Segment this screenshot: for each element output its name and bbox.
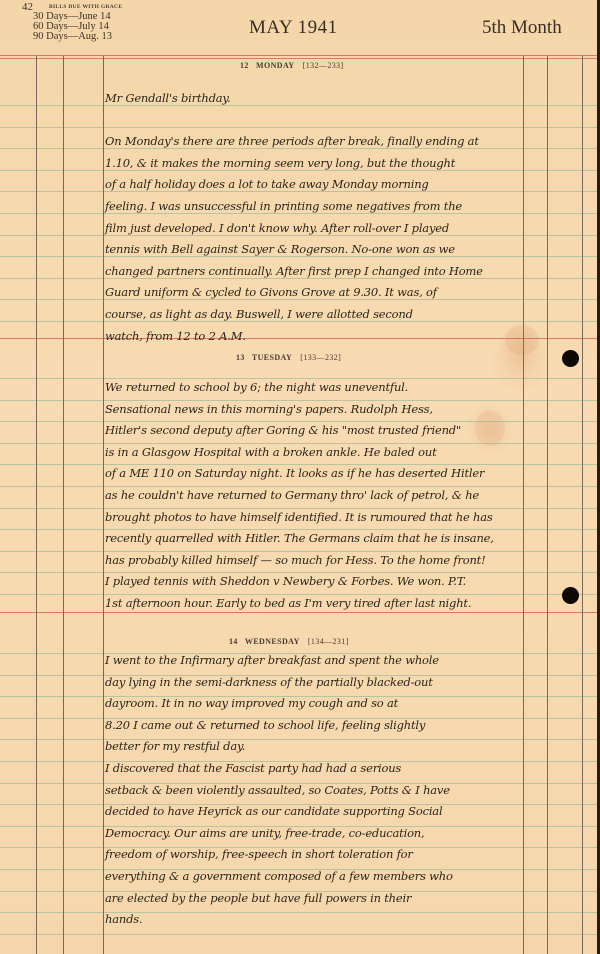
entry-line: brought photos to have himself identifie… [105,507,523,529]
month-number: 5th Month [482,17,562,39]
red-rule [0,55,597,56]
entry-line: Mr Gendall's birthday. [105,88,523,110]
entry-line: course, as light as day. Buswell, I were… [105,304,523,326]
weekday: MONDAY [256,61,294,70]
bills-due-title: BILLS DUE WITH GRACE [49,4,122,10]
entry-wednesday-text: I went to the Infirmary after breakfast … [105,650,523,931]
binder-hole [562,587,579,604]
weekday: TUESDAY [252,353,292,362]
entry-line: changed partners continually. After firs… [105,261,523,283]
entry-line: dayroom. It in no way improved my cough … [105,693,523,715]
entry-line: I played tennis with Sheddon v Newbery &… [105,571,523,593]
entry-line: as he couldn't have returned to Germany … [105,485,523,507]
entry-line: has probably killed himself — so much fo… [105,550,523,572]
month-year-title: MAY 1941 [249,17,338,39]
entry-line: hands. [105,909,523,931]
entry-line: I discovered that the Fascist party had … [105,758,523,780]
column-rule [523,56,524,954]
day-header-monday: 12 MONDAY [132—233] [240,61,344,70]
entry-line: Guard uniform & cycled to Givons Grove a… [105,282,523,304]
entry-line: everything & a government composed of a … [105,866,523,888]
day-number: 13 [236,353,245,362]
entry-line: is in a Glasgow Hospital with a broken a… [105,442,523,464]
day-header-tuesday: 13 TUESDAY [133—232] [236,353,341,362]
diary-page: 42 BILLS DUE WITH GRACE 30 Days—June 14 … [0,0,600,954]
entry-line: of a half holiday does a lot to take awa… [105,174,523,196]
entry-line: day lying in the semi-darkness of the pa… [105,672,523,694]
entry-monday-text: Mr Gendall's birthday. On Monday's there… [105,88,523,347]
entry-line: 1.10, & it makes the morning seem very l… [105,153,523,175]
entry-line: Democracy. Our aims are unity, free-trad… [105,823,523,845]
bills-due-90: 90 Days—Aug. 13 [33,32,112,42]
entry-tuesday-text: We returned to school by 6; the night wa… [105,377,523,615]
column-rule [63,56,64,954]
entry-line [105,110,523,132]
entry-line: watch, from 12 to 2 A.M. [105,326,523,348]
entry-line: setback & been violently assaulted, so C… [105,780,523,802]
day-range: [134—231] [308,637,349,646]
red-rule [0,58,597,59]
entry-line: Sensational news in this morning's paper… [105,399,523,421]
entry-line: film just developed. I don't know why. A… [105,218,523,240]
green-rule [0,934,597,935]
entry-line: freedom of worship, free-speech in short… [105,844,523,866]
day-header-wednesday: 14 WEDNESDAY [134—231] [229,637,349,646]
entry-line: 1st afternoon hour. Early to bed as I'm … [105,593,523,615]
entry-line: Hitler's second deputy after Goring & hi… [105,420,523,442]
entry-line: 8.20 I came out & returned to school lif… [105,715,523,737]
weekday: WEDNESDAY [245,637,300,646]
entry-line: are elected by the people but have full … [105,888,523,910]
entry-line: decided to have Heyrick as our candidate… [105,801,523,823]
entry-line: recently quarrelled with Hitler. The Ger… [105,528,523,550]
entry-line: tennis with Bell against Sayer & Rogerso… [105,239,523,261]
entry-line: of a ME 110 on Saturday night. It looks … [105,463,523,485]
entry-line: I went to the Infirmary after breakfast … [105,650,523,672]
entry-line: We returned to school by 6; the night wa… [105,377,523,399]
day-number: 14 [229,637,238,646]
column-rule [547,56,548,954]
entry-line: better for my restful day. [105,736,523,758]
column-rule [36,56,37,954]
column-rule [582,56,583,954]
column-rule [103,56,104,954]
binder-hole [562,350,579,367]
page-number: 42 [22,1,33,13]
entry-line: On Monday's there are three periods afte… [105,131,523,153]
day-range: [132—233] [303,61,344,70]
bills-due-list: 30 Days—June 14 60 Days—July 14 90 Days—… [33,12,112,42]
entry-line: feeling. I was unsuccessful in printing … [105,196,523,218]
day-range: [133—232] [300,353,341,362]
day-number: 12 [240,61,249,70]
